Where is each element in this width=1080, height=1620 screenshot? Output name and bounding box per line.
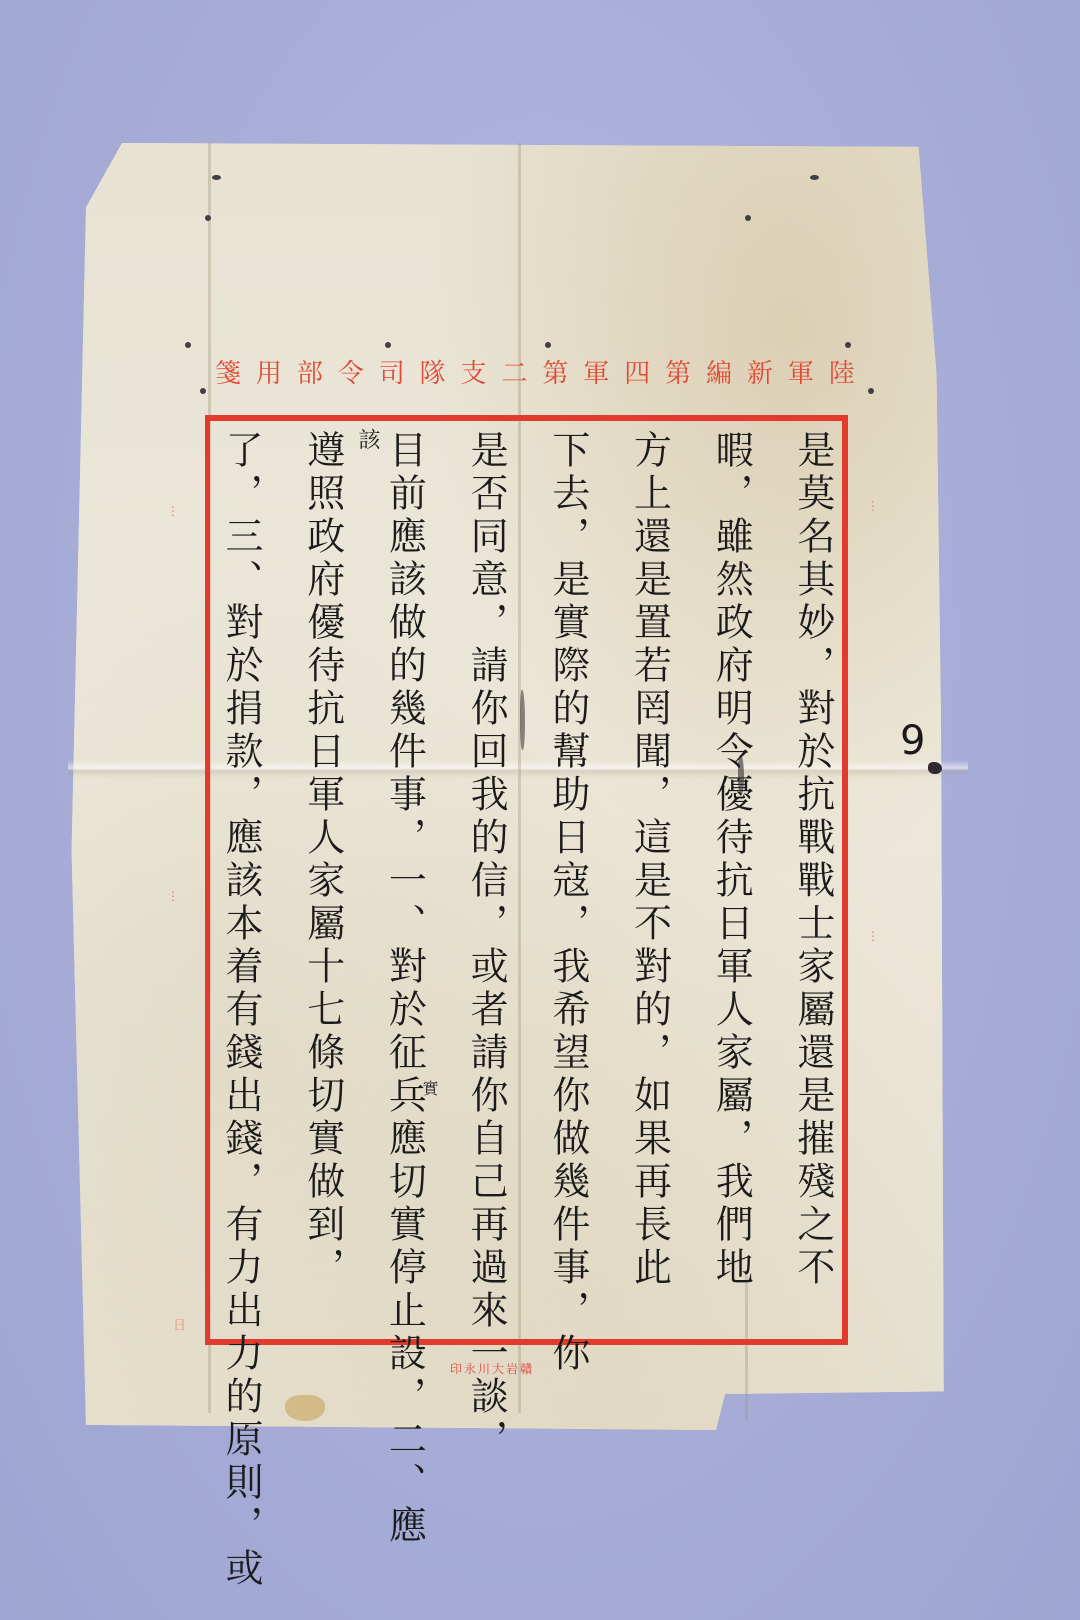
letterhead-char: 新	[747, 353, 773, 390]
letterhead-char: 第	[665, 353, 691, 390]
binding-hole	[200, 388, 206, 394]
letterhead-char: 軍	[788, 353, 814, 390]
document-photo: 箋 用 部 令 司 隊 支 二 第 軍 四 第 編 新 軍 陸 ... ... …	[0, 0, 1080, 1620]
letterhead-char: 用	[256, 353, 282, 390]
text-column-3: 方上還是置若罔聞，這是不對的，如果再長此	[631, 430, 669, 1330]
letterhead-char: 軍	[583, 353, 609, 390]
text-column-4: 下去，是實際的幫助日寇，我希望你做幾件事，你	[549, 430, 587, 1330]
letterhead-char: 陸	[829, 353, 855, 390]
page-number: 9	[900, 718, 925, 764]
letterhead-char: 司	[379, 353, 405, 390]
printer-imprint: 印永川大岩贛	[450, 1360, 534, 1377]
binding-hole	[212, 175, 221, 180]
ink-blot	[928, 762, 942, 774]
letterhead-char: 二	[501, 353, 527, 390]
text-column-8: 了，三、對於捐款，應該本着有錢出錢，有力出力的原則，或	[222, 430, 260, 1330]
paper-stain	[285, 1395, 325, 1421]
inserted-annotation: 實	[418, 1080, 441, 1096]
binding-hole	[185, 342, 191, 348]
left-margin-print: 日	[168, 1318, 187, 1331]
binding-hole	[545, 342, 551, 348]
binding-hole	[205, 215, 211, 221]
text-column-7: 遵照政府優待抗日軍人家屬十七條切實做到，	[304, 430, 342, 1330]
text-column-5: 是否同意，請你回我的信，或者請你自己再過來一談，	[467, 430, 505, 1330]
binding-hole	[385, 342, 391, 348]
letterhead: 箋 用 部 令 司 隊 支 二 第 軍 四 第 編 新 軍 陸	[215, 353, 855, 390]
left-margin-print: ...	[168, 505, 183, 517]
letterhead-char: 部	[297, 353, 323, 390]
handwritten-body: 是莫名其妙，對於抗戰戰士家屬還是摧殘之不 暇，雖然政府明令優待抗日軍人家屬，我們…	[212, 430, 842, 1330]
letterhead-char: 箋	[215, 353, 241, 390]
letterhead-char: 四	[624, 353, 650, 390]
letterhead-char: 隊	[420, 353, 446, 390]
letterhead-char: 令	[338, 353, 364, 390]
text-column-2: 暇，雖然政府明令優待抗日軍人家屬，我們地	[712, 430, 750, 1330]
letterhead-char: 編	[706, 353, 732, 390]
binding-hole	[845, 342, 851, 348]
letterhead-char: 支	[461, 353, 487, 390]
text-column-1: 是莫名其妙，對於抗戰戰士家屬還是摧殘之不	[794, 430, 832, 1330]
binding-hole	[745, 215, 751, 221]
binding-hole	[868, 388, 874, 394]
left-margin-print: ...	[168, 890, 183, 902]
binding-hole	[810, 175, 819, 180]
right-margin-print: ...	[868, 500, 883, 512]
right-margin-print: ...	[868, 930, 883, 942]
ink-smear	[738, 755, 744, 795]
letterhead-char: 第	[542, 353, 568, 390]
inserted-annotation: 該	[352, 428, 383, 450]
text-column-6: 目前應該做的幾件事，一、對於征兵應切實停止設，二、應	[385, 430, 423, 1330]
